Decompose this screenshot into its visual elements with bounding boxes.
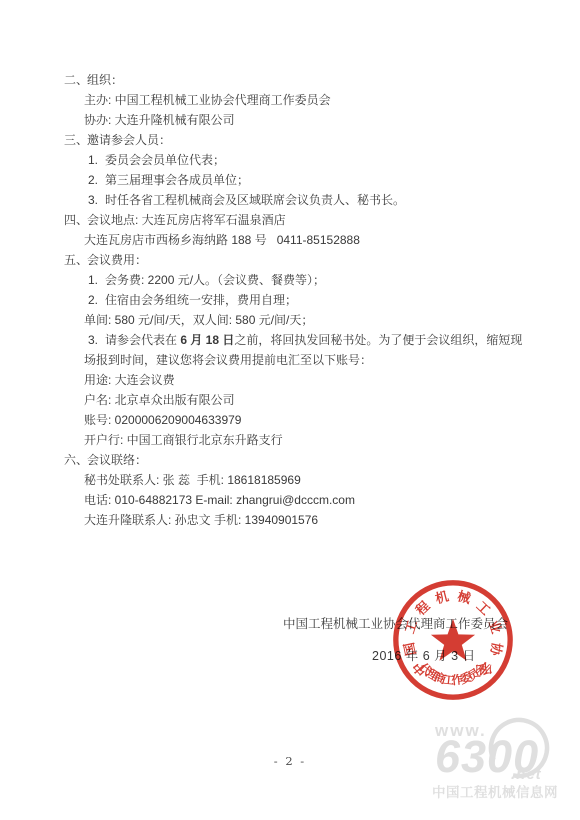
line-text: 时任各省工程机械商会及区域联席会议负责人、秘书长。 — [105, 193, 405, 207]
line-text: 账号: 0200006209004633979 — [84, 413, 241, 427]
line-marker: 六、 — [64, 450, 87, 470]
star-icon — [431, 619, 475, 661]
doc-line: 场报到时间，建议您将会议费用提前电汇至以下账号： — [0, 350, 580, 370]
doc-line: 六、会议联络： — [0, 450, 580, 470]
line-marker: 1. — [88, 270, 105, 290]
doc-line: 1.委员会会员单位代表； — [0, 150, 580, 170]
line-text: 之前，将回执发回秘书处。为了便于会议组织，缩短现 — [234, 333, 522, 347]
doc-line: 大连瓦房店市西杨乡海纳路 188 号 0411-85152888 — [0, 230, 580, 250]
line-marker: 3. — [88, 330, 105, 350]
doc-line: 五、会议费用： — [0, 250, 580, 270]
line-text: 协办: 大连升隆机械有限公司 — [84, 113, 235, 127]
doc-line: 协办: 大连升隆机械有限公司 — [0, 110, 580, 130]
line-text: 单间: 580 元/间/天，双人间: 580 元/间/天； — [84, 313, 313, 327]
doc-line: 电话: 010-64882173 E-mail: zhangrui@dcccm.… — [0, 490, 580, 510]
line-text: 电话: 010-64882173 E-mail: zhangrui@dcccm.… — [84, 493, 355, 507]
doc-line: 主办: 中国工程机械工业协会代理商工作委员会 — [0, 90, 580, 110]
line-text: 会议费用： — [87, 253, 147, 267]
doc-line: 单间: 580 元/间/天，双人间: 580 元/间/天； — [0, 310, 580, 330]
doc-line: 2.第三届理事会各成员单位； — [0, 170, 580, 190]
svg-text:程: 程 — [413, 598, 433, 619]
doc-line: 三、邀请参会人员： — [0, 130, 580, 150]
doc-line: 1.会务费: 2200 元/人。（会议费、餐费等）； — [0, 270, 580, 290]
svg-text:工: 工 — [402, 618, 420, 635]
svg-text:业: 业 — [486, 618, 504, 635]
doc-line: 秘书处联系人: 张 蕊 手机: 18618185969 — [0, 470, 580, 490]
watermark-caption: 中国工程机械信息网 — [432, 781, 558, 801]
line-text: 第三届理事会各成员单位； — [105, 173, 249, 187]
line-marker: 五、 — [64, 250, 87, 270]
doc-line: 账号: 0200006209004633979 — [0, 410, 580, 430]
document-lines: 二、组织：主办: 中国工程机械工业协会代理商工作委员会协办: 大连升隆机械有限公… — [0, 70, 580, 530]
line-marker: 三、 — [64, 130, 87, 150]
line-marker: 2. — [88, 290, 105, 310]
line-text: 邀请参会人员： — [87, 133, 171, 147]
doc-line: 2.住宿由会务组统一安排，费用自理； — [0, 290, 580, 310]
line-text: 大连瓦房店市西杨乡海纳路 188 号 0411-85152888 — [84, 233, 360, 247]
line-marker: 四、 — [64, 210, 87, 230]
line-text: 场报到时间，建议您将会议费用提前电汇至以下账号： — [84, 353, 372, 367]
line-text: 会务费: 2200 元/人。（会议费、餐费等）； — [105, 273, 325, 287]
line-text: 秘书处联系人: 张 蕊 手机: 18618185969 — [84, 473, 301, 487]
line-marker: 2. — [88, 170, 105, 190]
svg-text:机: 机 — [434, 588, 450, 606]
line-text: 请参会代表在 — [105, 333, 180, 347]
line-text: 户名: 北京卓众出版有限公司 — [84, 393, 235, 407]
page-number: - 2 - — [0, 754, 580, 768]
stamp-bottom-text: 代理商工作委员会 — [417, 660, 490, 688]
line-text: 会议地点: 大连瓦房店将军石温泉酒店 — [87, 213, 286, 227]
svg-text:国: 国 — [401, 641, 418, 657]
line-marker: 3. — [88, 190, 105, 210]
doc-line: 二、组织： — [0, 70, 580, 90]
svg-text:协: 协 — [487, 641, 505, 658]
svg-text:工: 工 — [474, 598, 494, 618]
doc-line: 户名: 北京卓众出版有限公司 — [0, 390, 580, 410]
doc-line: 3.请参会代表在 6 月 18 日之前，将回执发回秘书处。为了便于会议组织，缩短… — [0, 330, 580, 350]
line-text: 会议联络： — [87, 453, 147, 467]
line-text: 住宿由会务组统一安排，费用自理； — [105, 293, 297, 307]
line-text: 组织： — [87, 73, 123, 87]
line-text: 开户行: 中国工商银行北京东升路支行 — [84, 433, 283, 447]
doc-line: 3.时任各省工程机械商会及区域联席会议负责人、秘书长。 — [0, 190, 580, 210]
doc-line: 四、会议地点: 大连瓦房店将军石温泉酒店 — [0, 210, 580, 230]
line-marker: 1. — [88, 150, 105, 170]
line-text: 用途: 大连会议费 — [84, 373, 175, 387]
line-text: 6 月 18 日 — [180, 333, 234, 347]
svg-text:械: 械 — [456, 588, 473, 606]
document-page: 二、组织：主办: 中国工程机械工业协会代理商工作委员会协办: 大连升隆机械有限公… — [0, 0, 580, 820]
line-text: 大连升隆联系人: 孙忠文 手机: 13940901576 — [84, 513, 318, 527]
doc-line: 大连升隆联系人: 孙忠文 手机: 13940901576 — [0, 510, 580, 530]
doc-line: 开户行: 中国工商银行北京东升路支行 — [0, 430, 580, 450]
doc-line: 用途: 大连会议费 — [0, 370, 580, 390]
official-seal-stamp: 中国工程机械工业协会 代理商工作委员会 — [391, 578, 515, 702]
line-text: 主办: 中国工程机械工业协会代理商工作委员会 — [84, 93, 331, 107]
line-text: 委员会会员单位代表； — [105, 153, 225, 167]
line-marker: 二、 — [64, 70, 87, 90]
